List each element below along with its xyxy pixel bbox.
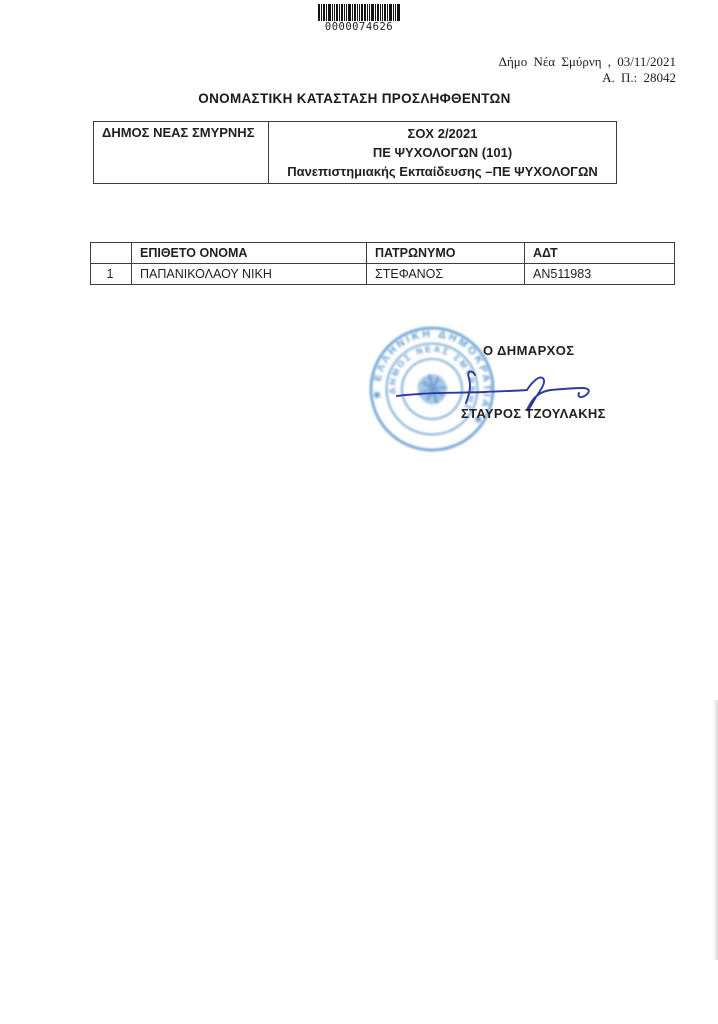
position-line-1: ΣΟΧ 2/2021 (271, 124, 614, 143)
document-title: ΟΝΟΜΑΣΤΙΚΗ ΚΑΤΑΣΤΑΣΗ ΠΡΟΣΛΗΦΘΕΝΤΩΝ (92, 91, 617, 106)
column-header-patronym: ΠΑΤΡΩΝΥΜΟ (367, 243, 525, 264)
header-table-row: ΔΗΜΟΣ ΝΕΑΣ ΣΜΥΡΝΗΣ ΣΟΧ 2/2021 ΠΕ ΨΥΧΟΛΟΓ… (94, 122, 617, 184)
position-line-2: ΠΕ ΨΥΧΟΛΟΓΩΝ (101) (271, 143, 614, 162)
row-patronym-cell: ΣΤΕΦΑΝΟΣ (367, 264, 525, 285)
barcode-icon (318, 4, 400, 21)
protocol-number: Α. Π.: 28042 (499, 70, 676, 86)
column-header-index (91, 243, 132, 264)
scan-edge-artifact (713, 700, 718, 960)
hired-table-header-row: ΕΠΙΘΕΤΟ ΟΝΟΜΑ ΠΑΤΡΩΝΥΜΟ ΑΔΤ (91, 243, 675, 264)
position-cell: ΣΟΧ 2/2021 ΠΕ ΨΥΧΟΛΟΓΩΝ (101) Πανεπιστημ… (269, 122, 617, 184)
scanned-document-page: 0000074626 Δήμο Νέα Σμύρνη , 03/11/2021 … (0, 0, 718, 1024)
hired-table: ΕΠΙΘΕΤΟ ΟΝΟΜΑ ΠΑΤΡΩΝΥΜΟ ΑΔΤ 1 ΠΑΠΑΝΙΚΟΛΑ… (90, 242, 675, 285)
row-id-cell: ΑΝ511983 (525, 264, 675, 285)
column-header-id-number: ΑΔΤ (525, 243, 675, 264)
barcode: 0000074626 (318, 4, 400, 33)
position-line-3: Πανεπιστημιακής Εκπαίδευσης –ΠΕ ΨΥΧΟΛΟΓΩ… (271, 162, 614, 181)
row-name-cell: ΠΑΠΑΝΙΚΟΛΑΟΥ ΝΙΚΗ (132, 264, 367, 285)
signatory-role: Ο ΔΗΜΑΡΧΟΣ (483, 343, 574, 358)
date-protocol-block: Δήμο Νέα Σμύρνη , 03/11/2021 Α. Π.: 2804… (499, 54, 676, 86)
municipality-cell: ΔΗΜΟΣ ΝΕΑΣ ΣΜΥΡΝΗΣ (94, 122, 269, 184)
barcode-number: 0000074626 (318, 21, 400, 33)
date-line: Δήμο Νέα Σμύρνη , 03/11/2021 (499, 54, 676, 70)
signatory-name: ΣΤΑΥΡΟΣ ΤΖΟΥΛΑΚΗΣ (461, 406, 606, 421)
row-index-cell: 1 (91, 264, 132, 285)
column-header-surname-name: ΕΠΙΘΕΤΟ ΟΝΟΜΑ (132, 243, 367, 264)
table-row: 1 ΠΑΠΑΝΙΚΟΛΑΟΥ ΝΙΚΗ ΣΤΕΦΑΝΟΣ ΑΝ511983 (91, 264, 675, 285)
header-table: ΔΗΜΟΣ ΝΕΑΣ ΣΜΥΡΝΗΣ ΣΟΧ 2/2021 ΠΕ ΨΥΧΟΛΟΓ… (93, 121, 617, 184)
